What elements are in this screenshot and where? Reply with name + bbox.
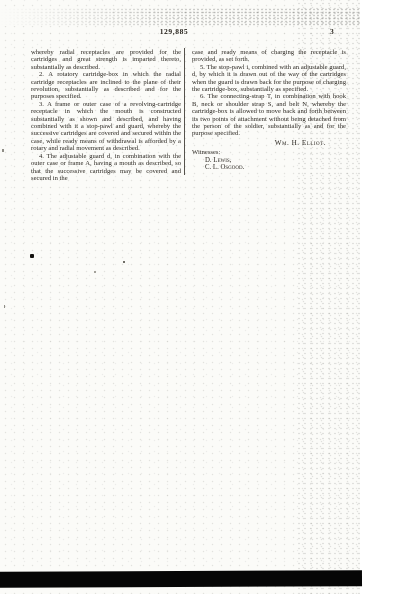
- witnesses-label: Witnesses:: [192, 149, 346, 156]
- scan-speck: [94, 271, 96, 273]
- claim-paragraph: 2. A rotatory cartridge-box in which the…: [31, 71, 181, 101]
- scan-speck: [123, 261, 125, 263]
- claim-paragraph: case and ready means of charging the rec…: [192, 49, 346, 64]
- claim-paragraph: 5. The stop-pawl i, combined with an adj…: [192, 64, 346, 94]
- claim-paragraph: 4. The adjustable guard d, in combinatio…: [31, 153, 181, 183]
- scan-speck: [4, 305, 5, 308]
- ink-blot: [30, 254, 34, 258]
- scan-noise-top-fade: [0, 8, 360, 26]
- scan-speck: [2, 149, 4, 152]
- scanned-patent-document: 129,885 3 whereby radial receptacles are…: [0, 0, 404, 594]
- right-column-paragraphs: case and ready means of charging the rec…: [192, 49, 346, 138]
- right-column: case and ready means of charging the rec…: [192, 49, 346, 172]
- witness-name: C. L. Osgood.: [192, 164, 346, 171]
- claim-paragraph: 6. The connecting-strap T, in combinatio…: [192, 93, 346, 137]
- scan-noise-top-band: [0, 8, 360, 26]
- patent-number: 129,885: [0, 27, 348, 36]
- inventor-signature: Wm. H. Elliot.: [192, 140, 346, 147]
- claim-paragraph: whereby radial receptacles are provided …: [31, 49, 181, 71]
- witness-name: D. Lewis,: [192, 157, 346, 164]
- left-column: whereby radial receptacles are provided …: [31, 49, 181, 182]
- claim-paragraph: 3. A frame or outer case of a revolving-…: [31, 101, 181, 153]
- page: 129,885 3 whereby radial receptacles are…: [0, 0, 360, 594]
- witness-list: D. Lewis,C. L. Osgood.: [192, 157, 346, 172]
- page-number: 3: [330, 27, 344, 36]
- column-divider-rule: [184, 48, 185, 175]
- scan-artifact-bar: [0, 570, 362, 588]
